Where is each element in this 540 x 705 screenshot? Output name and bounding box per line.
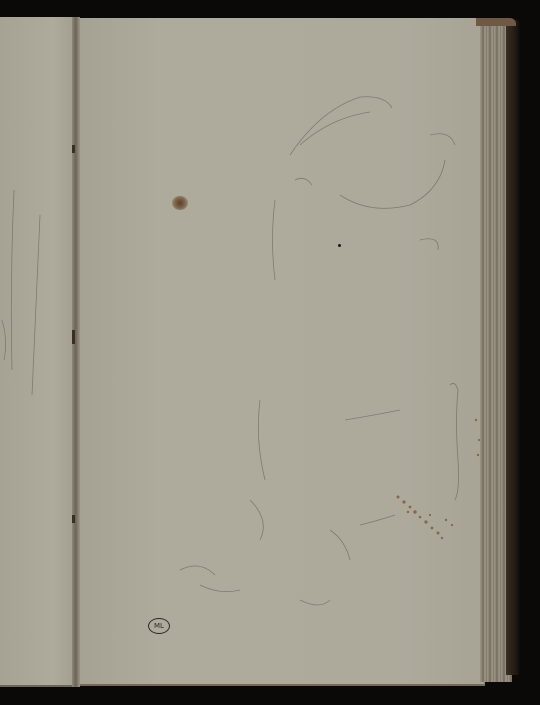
collection-stamp: ML [148,618,170,634]
pencil-sketch [0,0,540,705]
sketchbook-photo: ML [0,0,540,705]
ink-dot [338,244,341,247]
foxing-stain [172,196,188,210]
